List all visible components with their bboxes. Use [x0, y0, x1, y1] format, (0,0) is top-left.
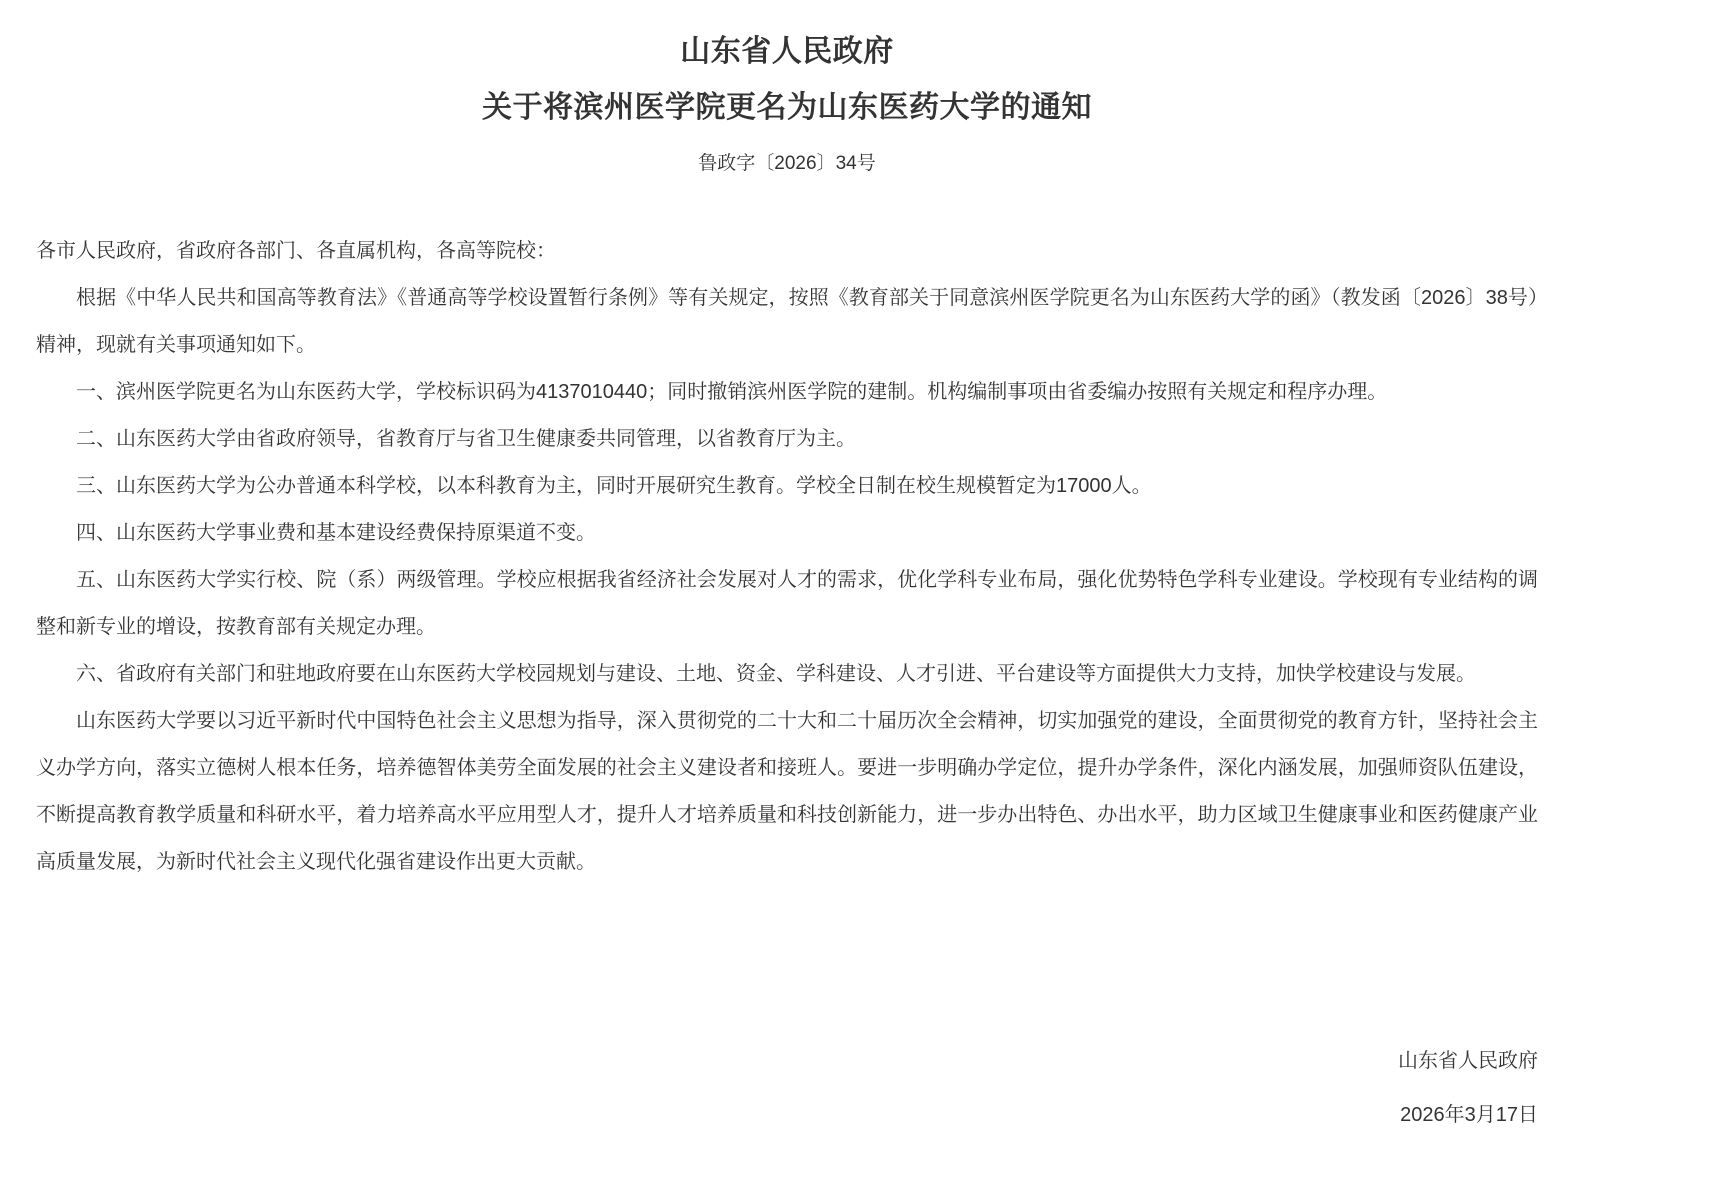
paragraph-item-2: 二、山东医药大学由省政府领导，省教育厅与省卫生健康委共同管理，以省教育厅为主。	[36, 416, 1538, 463]
doc-number: 鲁政字〔2026〕34号	[36, 150, 1538, 178]
signature-block: 山东省人民政府 2026年3月17日	[36, 1034, 1538, 1142]
salutation: 各市人民政府，省政府各部门、各直属机构，各高等院校：	[36, 228, 1538, 275]
paragraph-item-4: 四、山东医药大学事业费和基本建设经费保持原渠道不变。	[36, 510, 1538, 557]
paragraph-item-6: 六、省政府有关部门和驻地政府要在山东医药大学校园规划与建设、土地、资金、学科建设…	[36, 651, 1538, 698]
signature-date: 2026年3月17日	[36, 1088, 1538, 1142]
notice-title: 关于将滨州医学院更名为山东医药大学的通知	[36, 80, 1538, 136]
document-header: 山东省人民政府 关于将滨州医学院更名为山东医药大学的通知 鲁政字〔2026〕34…	[36, 24, 1538, 178]
document-page: 山东省人民政府 关于将滨州医学院更名为山东医药大学的通知 鲁政字〔2026〕34…	[0, 0, 1724, 1198]
paragraph-item-3: 三、山东医药大学为公办普通本科学校，以本科教育为主，同时开展研究生教育。学校全日…	[36, 463, 1538, 510]
document-body: 各市人民政府，省政府各部门、各直属机构，各高等院校： 根据《中华人民共和国高等教…	[36, 228, 1538, 886]
paragraph-item-1: 一、滨州医学院更名为山东医药大学，学校标识码为4137010440；同时撤销滨州…	[36, 369, 1538, 416]
issuer-title: 山东省人民政府	[36, 24, 1538, 80]
paragraph-item-5: 五、山东医药大学实行校、院（系）两级管理。学校应根据我省经济社会发展对人才的需求…	[36, 557, 1538, 651]
signature-issuer: 山东省人民政府	[36, 1034, 1538, 1088]
paragraph-intro: 根据《中华人民共和国高等教育法》《普通高等学校设置暂行条例》等有关规定，按照《教…	[36, 275, 1538, 369]
paragraph-closing: 山东医药大学要以习近平新时代中国特色社会主义思想为指导，深入贯彻党的二十大和二十…	[36, 698, 1538, 886]
